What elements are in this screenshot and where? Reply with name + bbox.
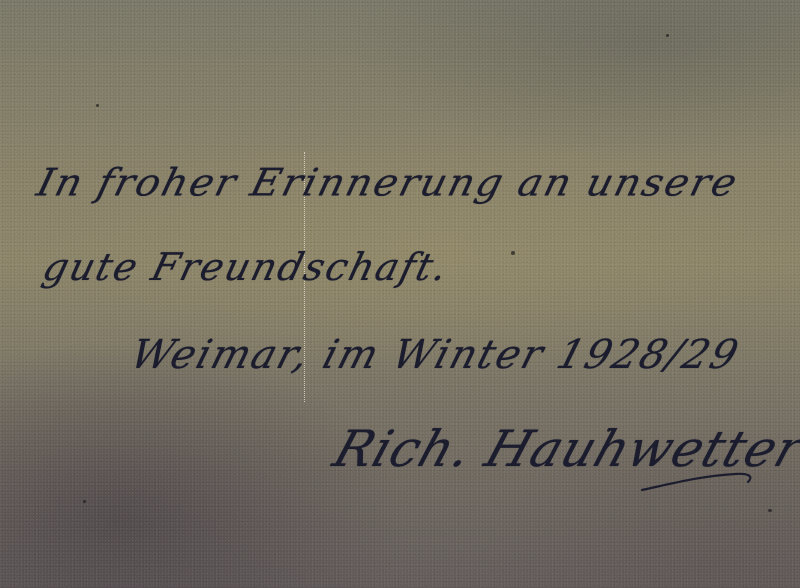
paper-grain-texture (0, 0, 800, 588)
paper-speck (83, 500, 86, 503)
handwritten-line-3-place-date: Weimar, im Winter 1928/29 (125, 332, 745, 378)
paper-speck (96, 104, 99, 107)
handwritten-line-2: gute Freundschaft. (39, 245, 454, 289)
handwritten-line-1: In froher Erinnerung an unsere (33, 161, 744, 205)
note-paper: In froher Erinnerung an unsere gute Freu… (0, 0, 800, 588)
paper-speck (768, 509, 772, 512)
paper-speck (666, 34, 669, 37)
paper-speck (511, 251, 515, 255)
signature-flourish-icon (640, 468, 760, 498)
